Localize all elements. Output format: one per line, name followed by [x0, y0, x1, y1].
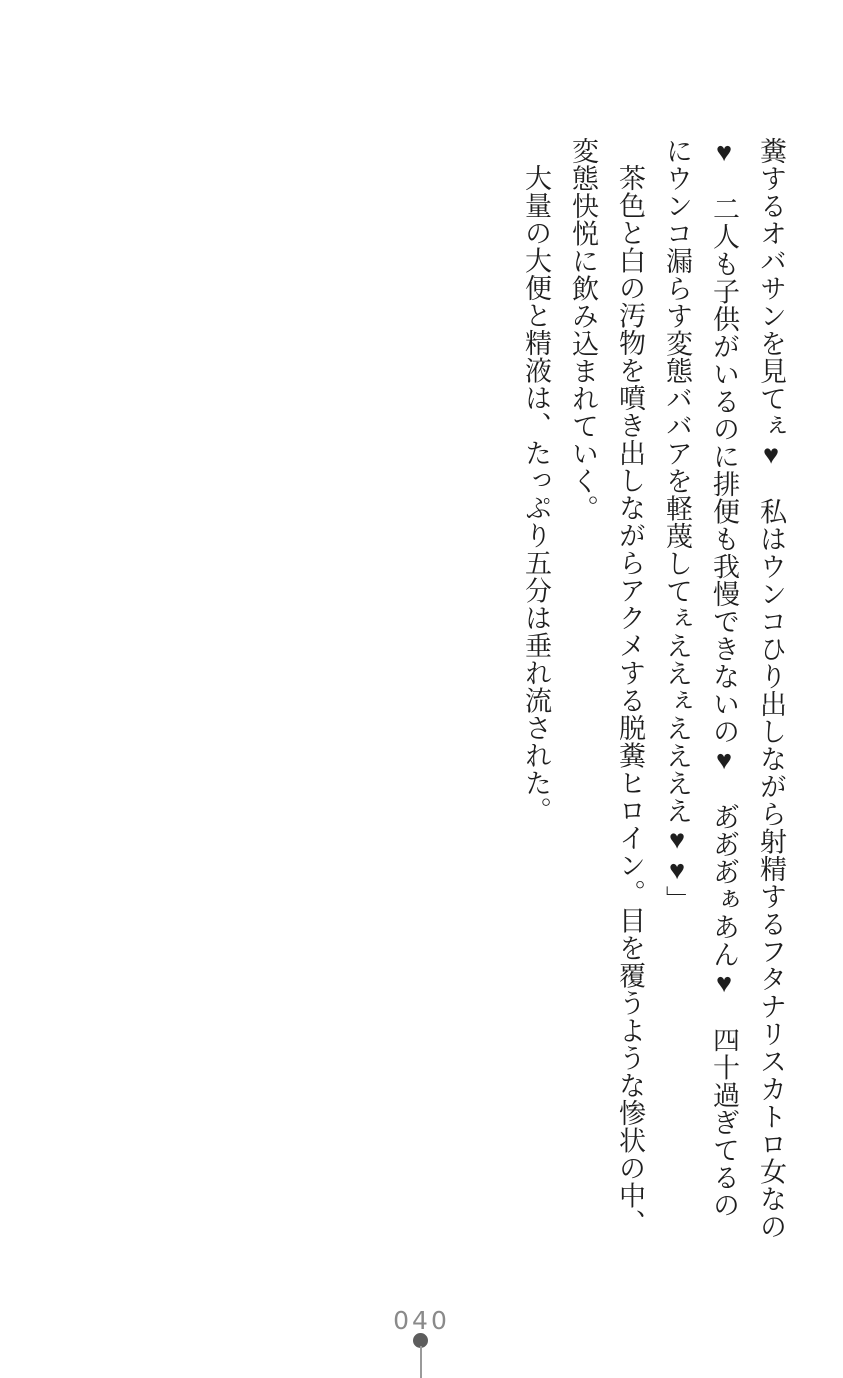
text-column-1: 糞するオバサンを見てぇ♥ 私はウンコひり出しながら射精するフタナリスカトロ女なの: [747, 137, 794, 1262]
text-column-6: 大量の大便と精液は、たっぷり五分は垂れ流された。: [512, 137, 559, 1262]
text-column-3: にウンコ漏らす変態ババアを軽蔑してぇええぇええええ♥♥」: [653, 137, 700, 1262]
book-page: 糞するオバサンを見てぇ♥ 私はウンコひり出しながら射精するフタナリスカトロ女なの…: [0, 0, 843, 1378]
text-column-4: 茶色と白の汚物を噴き出しながらアクメする脱糞ヒロイン。目を覆うような惨状の中、: [606, 137, 653, 1262]
text-column-2: ♥ 二人も子供がいるのに排便も我慢できないの♥ あ゙あ゙あ゙ぁあん♥ 四十過ぎて…: [700, 137, 747, 1262]
text-column-5: 変態快悦に飲み込まれていく。: [559, 137, 606, 1262]
footer-ornament-line: [420, 1346, 422, 1378]
page-number: 040: [0, 1306, 843, 1335]
vertical-text-block: 糞するオバサンを見てぇ♥ 私はウンコひり出しながら射精するフタナリスカトロ女なの…: [512, 137, 794, 1262]
